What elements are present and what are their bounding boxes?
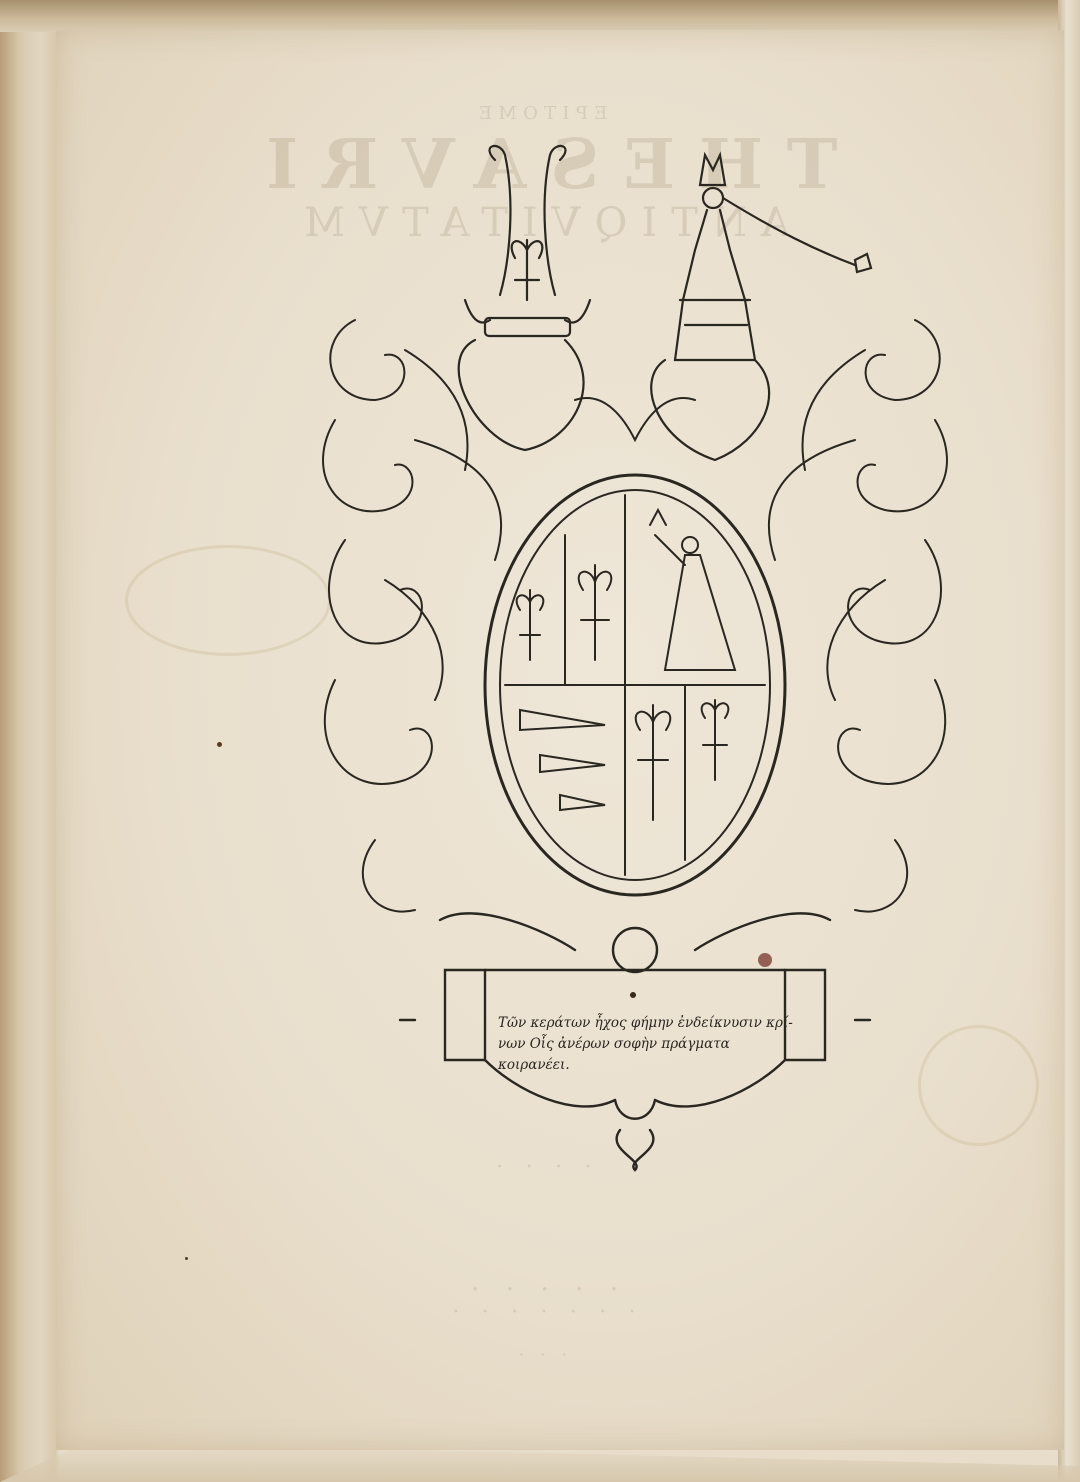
horned-crown-crest-icon	[459, 146, 590, 450]
show-through-date: · · ·	[0, 1345, 1080, 1364]
acanthus-mantling-icon	[323, 320, 947, 912]
motto-line-1: Τῶν κεράτων ἦχος φήμην ἐνδείκνυσιν κρί-	[498, 1013, 798, 1034]
show-through-imprint: · · · · · · ·	[0, 1300, 1080, 1325]
foxing-spot	[217, 742, 222, 747]
ink-stain	[758, 953, 772, 967]
binding-top-edge	[0, 0, 1080, 32]
quartered-shield-icon	[505, 495, 765, 875]
lion-mask-icon	[613, 928, 657, 972]
greek-motto: Τῶν κεράτων ἦχος φήμην ἐνδείκνυσιν κρί- …	[498, 1013, 798, 1076]
foxing-spot	[185, 1257, 188, 1260]
crowned-maiden-crest-icon	[651, 155, 871, 460]
show-through-line: EPITOME	[0, 103, 1080, 124]
library-stamp-left	[125, 545, 331, 656]
motto-line-2: νων Οἷς ἀνέρων σοφὴν πράγματα κοιρανέει.	[498, 1034, 798, 1076]
